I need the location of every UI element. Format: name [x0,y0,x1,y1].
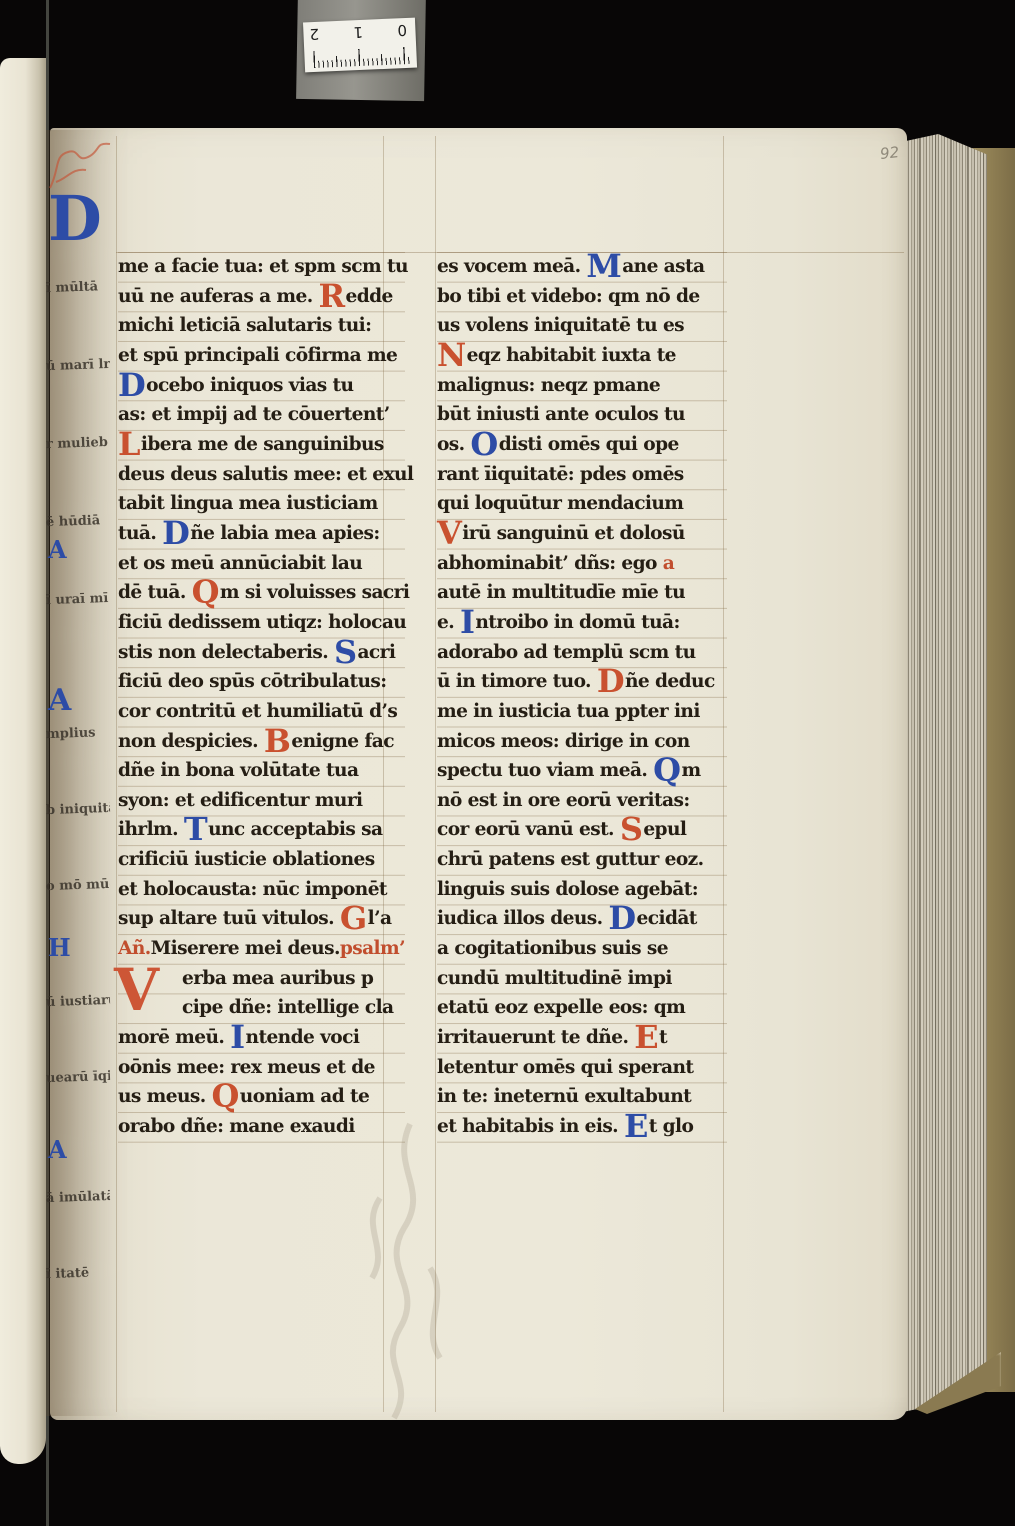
body-text: syon: et edificentur muri [118,790,362,811]
blue-initial: D [608,899,635,937]
folio-number: 92 [879,143,900,163]
body-text: uoniam ad te [240,1086,369,1107]
body-text: cor contritū et humiliatū d’s [118,701,397,722]
body-text: chrū patens est guttur eoz. [437,849,703,870]
body-text: abhominabit’ dñs: ego [437,553,663,574]
facing-page-blue-initial: A [48,686,71,716]
facing-page-text-fragment: ā imūlatā [46,1189,110,1206]
text-line: abhominabit’ dñs: ego a [437,549,727,579]
text-line: Libera me de sanguinibus [118,430,405,460]
body-text: irū sanguinū et dolosū [462,523,685,544]
body-text: t glo [649,1116,694,1137]
body-text: ficiū deo spūs cōtribulatus: [118,671,387,692]
text-line: ficiū deo spūs cōtribulatus: [118,667,405,697]
body-text: dē tuā. [118,582,192,603]
blue-initial: S [334,633,357,671]
text-line: Neqz habitabit iuxta te [437,341,727,371]
text-line: oōnis mee: rex meus et de [118,1053,405,1083]
body-text: es vocem meā. [437,256,586,277]
body-text: sup altare tuū vitulos. [118,908,340,929]
body-text: etatū eoz expelle eos: qm [437,997,685,1018]
text-line: qui loquūtur mendacium [437,489,727,519]
text-line: syon: et edificentur muri [118,786,405,816]
text-line: stis non delectaberis. Sacri [118,638,405,668]
body-text: rant īiquitatē: pdes omēs [437,464,684,485]
body-text: acri [357,642,395,663]
text-column-left: me a facie tua: et spm scm tuuū ne aufer… [118,252,405,1144]
body-text: letentur omēs qui sperant [437,1057,693,1078]
facing-page-text-fragment: ē hūdiā [46,513,110,530]
blue-initial: I [230,1018,244,1056]
verso-showthrough-ornament [320,1118,490,1448]
body-text: bo tibi et videbo: qm nō de [437,286,700,307]
text-line: dñe in bona volūtate tua [118,756,405,786]
red-initial: L [118,425,140,463]
body-text: cipe dñe: intellige cla [182,997,394,1018]
text-line: micos meos: dirige in con [437,727,727,757]
text-line: chrū patens est guttur eoz. [437,845,727,875]
text-line: us volens iniquitatē tu es [437,311,727,341]
text-line: cor contritū et humiliatū d’s [118,697,405,727]
body-text: me a facie tua: et spm scm tu [118,256,408,277]
text-line: us meus. Quoniam ad te [118,1082,405,1112]
body-text: unc acceptabis sa [208,819,382,840]
red-initial: D [597,662,624,700]
text-line: uū ne auferas a me. Redde [118,282,405,312]
facing-page-text-fragment: uearū īqi [46,1069,110,1086]
facing-page-text-fragment: ī itatē [46,1265,110,1282]
body-text: linguis suis dolose agebāt: [437,879,698,900]
body-text: in te: ineternū exultabunt [437,1086,691,1107]
text-line: letentur omēs qui sperant [437,1053,727,1083]
facing-page-blue-initial: A [48,1138,67,1162]
facing-page-blue-initial: H [48,936,71,960]
body-text: erba mea auribus p [182,968,373,989]
blue-initial: Q [653,751,680,789]
text-line: dē tuā. Qm si voluisses sacri [118,578,405,608]
body-text: us volens iniquitatē tu es [437,315,684,336]
body-text: autē in multitudīe mīe tu [437,582,685,603]
body-text: būt iniusti ante oculos tu [437,404,685,425]
body-text: disti omēs qui ope [499,434,679,455]
body-text: me in iusticia tua ppter ini [437,701,700,722]
manuscript-photo: ī mūltāū marī lrr muliebē hūdiāī uraī mī… [0,0,1015,1526]
text-line: adorabo ad templū scm tu [437,638,727,668]
blue-initial: I [460,603,474,641]
body-text: m [681,760,700,781]
body-text: as: et impij ad te cōuertent’ [118,404,390,425]
body-text: tabit lingua mea iusticiam [118,493,378,514]
text-line: non despicies. Benigne fac [118,727,405,757]
body-text: edde [346,286,393,307]
red-initial: V [437,514,461,552]
blue-initial: D [162,514,189,552]
body-text: t [659,1027,667,1048]
body-text: crificiū iusticie oblationes [118,849,375,870]
text-line: nō est in ore eorū veritas: [437,786,727,816]
body-text: tuā. [118,523,162,544]
text-line: irritauerunt te dñe. Et [437,1023,727,1053]
blue-initial: T [184,810,207,848]
body-text: epul [643,819,686,840]
text-line: et spū principali cōfirma me [118,341,405,371]
body-text: et holocausta: nūc imponēt [118,879,387,900]
drop-cap-initial: V [114,961,158,1019]
text-line: michi leticiā salutaris tui: [118,311,405,341]
text-line: me a facie tua: et spm scm tu [118,252,405,282]
body-text: et os meū annūciabit lau [118,553,362,574]
body-text: malignus: neqz pmane [437,375,660,396]
text-line: in te: ineternū exultabunt [437,1082,727,1112]
text-line: ū in timore tuo. Dñe deduc [437,667,727,697]
body-text: qui loquūtur mendacium [437,493,683,514]
body-text: us meus. [118,1086,212,1107]
text-line: et os meū annūciabit lau [118,549,405,579]
body-text: ntende voci [246,1027,360,1048]
gutter-showthrough: ī mūltāū marī lrr muliebē hūdiāī uraī mī… [46,130,120,1416]
red-initial: N [437,336,466,374]
body-text: a cogitationibus suis se [437,938,668,959]
body-text: ibera me de sanguinibus [141,434,384,455]
body-text: morē meū. [118,1027,230,1048]
text-line: morē meū. Intende voci [118,1023,405,1053]
body-text: dñe in bona volūtate tua [118,760,358,781]
ruler-tab: 2 1 0 [296,0,426,101]
text-line: autē in multitudīe mīe tu [437,578,727,608]
body-text: ñe labia mea apies: [190,523,379,544]
body-text: spectu tuo viam meā. [437,760,653,781]
text-line: cipe dñe: intellige cla [118,993,405,1023]
body-text: ecidāt [637,908,697,929]
text-line: Añ.Miserere mei deus.psalm’ [118,934,405,964]
text-line: linguis suis dolose agebāt: [437,875,727,905]
red-initial: B [264,722,290,760]
blue-initial: O [470,425,497,463]
text-line: e. Introibo in domū tuā: [437,608,727,638]
text-line: os. Odisti omēs qui ope [437,430,727,460]
body-text: enigne fac [291,731,394,752]
text-line: Verba mea auribus p [118,964,405,994]
text-line: ficiū dedissem utiqz: holocau [118,608,405,638]
text-line: me in iusticia tua ppter ini [437,697,727,727]
ruler: 2 1 0 [303,18,417,73]
facing-page-blue-initial: A [48,538,67,562]
body-text: uū ne auferas a me. [118,286,319,307]
body-text: ū in timore tuo. [437,671,597,692]
facing-page-text-fragment: ū marī lr [46,357,110,374]
body-text: stis non delectaberis. [118,642,334,663]
body-text: ocebo iniquos vias tu [146,375,353,396]
text-line: sup altare tuū vitulos. Gl’a [118,904,405,934]
body-text: ntroibo in domū tuā: [475,612,679,633]
body-text: oōnis mee: rex meus et de [118,1057,375,1078]
body-text: l’a [368,908,392,929]
red-initial: R [319,277,345,315]
body-text: m si voluisses sacri [220,582,409,603]
body-text: non despicies. [118,731,264,752]
text-line: as: et impij ad te cōuertent’ [118,400,405,430]
text-line: bo tibi et videbo: qm nō de [437,282,727,312]
body-text: irritauerunt te dñe. [437,1027,634,1048]
body-text: cor eorū vanū est. [437,819,620,840]
red-initial: S [620,810,643,848]
body-text: Miserere mei deus. [151,934,340,964]
text-line: rant īiquitatē: pdes omēs [437,460,727,490]
facing-page-text-fragment: r mulieb [46,435,110,452]
text-line: es vocem meā. Mane asta [437,252,727,282]
facing-page-text-fragment: o mō mūdi [46,877,110,894]
ruler-tick-marks [313,47,410,68]
text-line: ihrlm. Tunc acceptabis sa [118,815,405,845]
blue-initial: M [586,247,621,285]
body-text: e. [437,612,460,633]
text-line: Virū sanguinū et dolosū [437,519,727,549]
facing-page-text-fragment: ī uraī mī [46,591,110,608]
text-line: iudica illos deus. Decidāt [437,904,727,934]
text-line: Docebo iniquos vias tu [118,371,405,401]
manuscript-page: ī mūltāū marī lrr muliebē hūdiāī uraī mī… [50,128,907,1420]
body-text: ane asta [622,256,704,277]
red-initial: Q [212,1077,239,1115]
red-initial: G [340,899,367,937]
body-text: eqz habitabit iuxta te [467,345,676,366]
vertical-ruling-line [116,136,117,1412]
text-line: cundū multitudinē impi [437,964,727,994]
facing-page-text-fragment: ī mūltā [46,279,110,296]
text-line: spectu tuo viam meā. Qm [437,756,727,786]
body-text: deus deus salutis mee: et exul [118,464,413,485]
body-text: adorabo ad templū scm tu [437,642,696,663]
ruler-label: 1 [353,23,363,41]
body-text: cundū multitudinē impi [437,968,672,989]
text-line: tuā. Dñe labia mea apies: [118,519,405,549]
facing-page-text-fragment: b iniquitā [46,801,110,818]
red-initial: Q [192,573,219,611]
facing-page-blue-initial: D [48,188,102,250]
body-text: micos meos: dirige in con [437,731,690,752]
ruler-label: 2 [309,25,319,43]
facing-page-edge [0,58,46,1464]
body-text: ñe deduc [625,671,715,692]
red-initial: E [634,1018,658,1056]
text-line: etatū eoz expelle eos: qm [437,993,727,1023]
text-line: malignus: neqz pmane [437,371,727,401]
facing-page-text-fragment: mplius [46,725,110,742]
body-text: ficiū dedissem utiqz: holocau [118,612,406,633]
rubric-text: psalm’ [340,934,405,964]
text-line: crificiū iusticie oblationes [118,845,405,875]
blue-initial: D [118,366,145,404]
text-line: cor eorū vanū est. Sepul [437,815,727,845]
fore-edge-page-block [903,134,987,1412]
rubric-text: a [663,553,674,574]
blue-initial: E [624,1107,648,1145]
body-text: michi leticiā salutaris tui: [118,315,371,336]
body-text: ihrlm. [118,819,184,840]
body-text: os. [437,434,470,455]
body-text: et spū principali cōfirma me [118,345,397,366]
ruler-label: 0 [397,21,407,39]
facing-page-text-fragment: ū iustiarū [46,993,110,1010]
body-text: iudica illos deus. [437,908,608,929]
text-column-right: es vocem meā. Mane astabo tibi et videbo… [437,252,727,1144]
body-text: nō est in ore eorū veritas: [437,790,690,811]
text-line: a cogitationibus suis se [437,934,727,964]
text-line: deus deus salutis mee: et exul [118,460,405,490]
